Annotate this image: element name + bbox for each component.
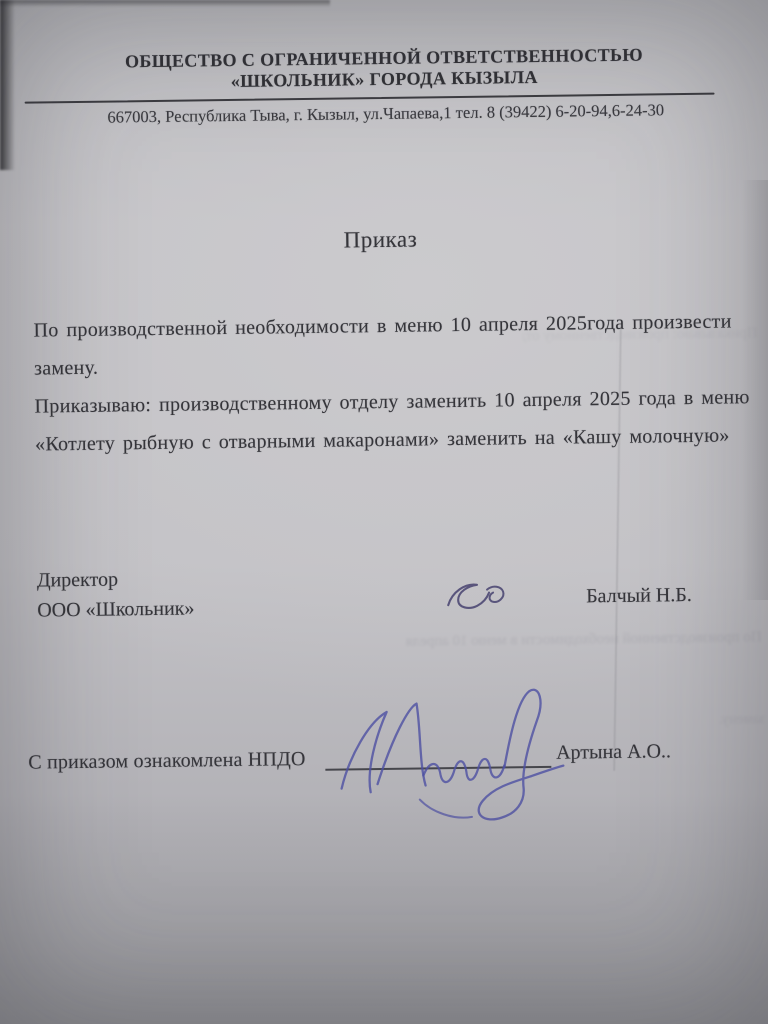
- signer-role-line1: Директор: [37, 563, 195, 595]
- paragraph2-line2: «Котлету рыбную с отварными макаронами» …: [35, 416, 741, 463]
- organization-header: ОБЩЕСТВО С ОГРАНИЧЕННОЙ ОТВЕТСТВЕННОСТЬЮ…: [0, 43, 762, 95]
- bleed-through-text: По производственной необходимости в меню…: [402, 629, 762, 651]
- order-document: ОБЩЕСТВО С ОГРАНИЧЕННОЙ ОТВЕТСТВЕННОСТЬЮ…: [0, 0, 768, 1024]
- organization-address: 667003, Республика Тыва, г. Кызыл, ул.Ча…: [0, 99, 763, 129]
- director-signature-ink: [442, 577, 513, 618]
- acknowledgement-text: С приказом ознакомлена НПДО: [28, 748, 306, 775]
- bleed-through-text: замену.: [611, 711, 766, 730]
- document-title: Приказ: [0, 222, 765, 258]
- signer-name: Балчый Н.Б.: [586, 584, 692, 608]
- signer-role: Директор ООО «Школьник»: [37, 563, 195, 625]
- signer-role-line2: ООО «Школьник»: [37, 593, 195, 625]
- order-body: По производственной необходимости в меню…: [33, 302, 741, 463]
- document-photo: ОБЩЕСТВО С ОГРАНИЧЕННОЙ ОТВЕТСТВЕННОСТЬЮ…: [0, 0, 768, 1024]
- acknowledgement-signature-ink: [318, 686, 568, 825]
